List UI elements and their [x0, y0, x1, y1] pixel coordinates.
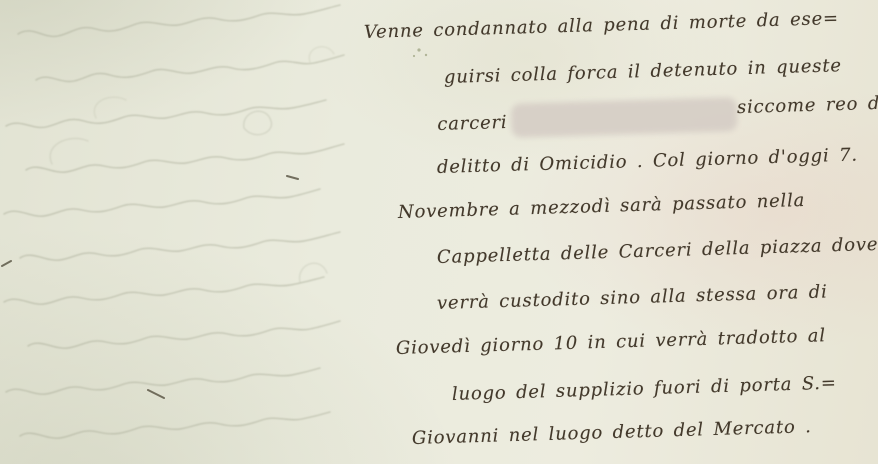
- manuscript-page: Venne condannato alla pena di morte da e…: [0, 0, 878, 464]
- ink-speck: [413, 48, 427, 57]
- manuscript-line-3-after: siccome reo del: [737, 92, 878, 118]
- ink-speck: [2, 176, 298, 398]
- redaction-blur: [511, 97, 738, 138]
- manuscript-line-3-before: carceri: [437, 112, 508, 135]
